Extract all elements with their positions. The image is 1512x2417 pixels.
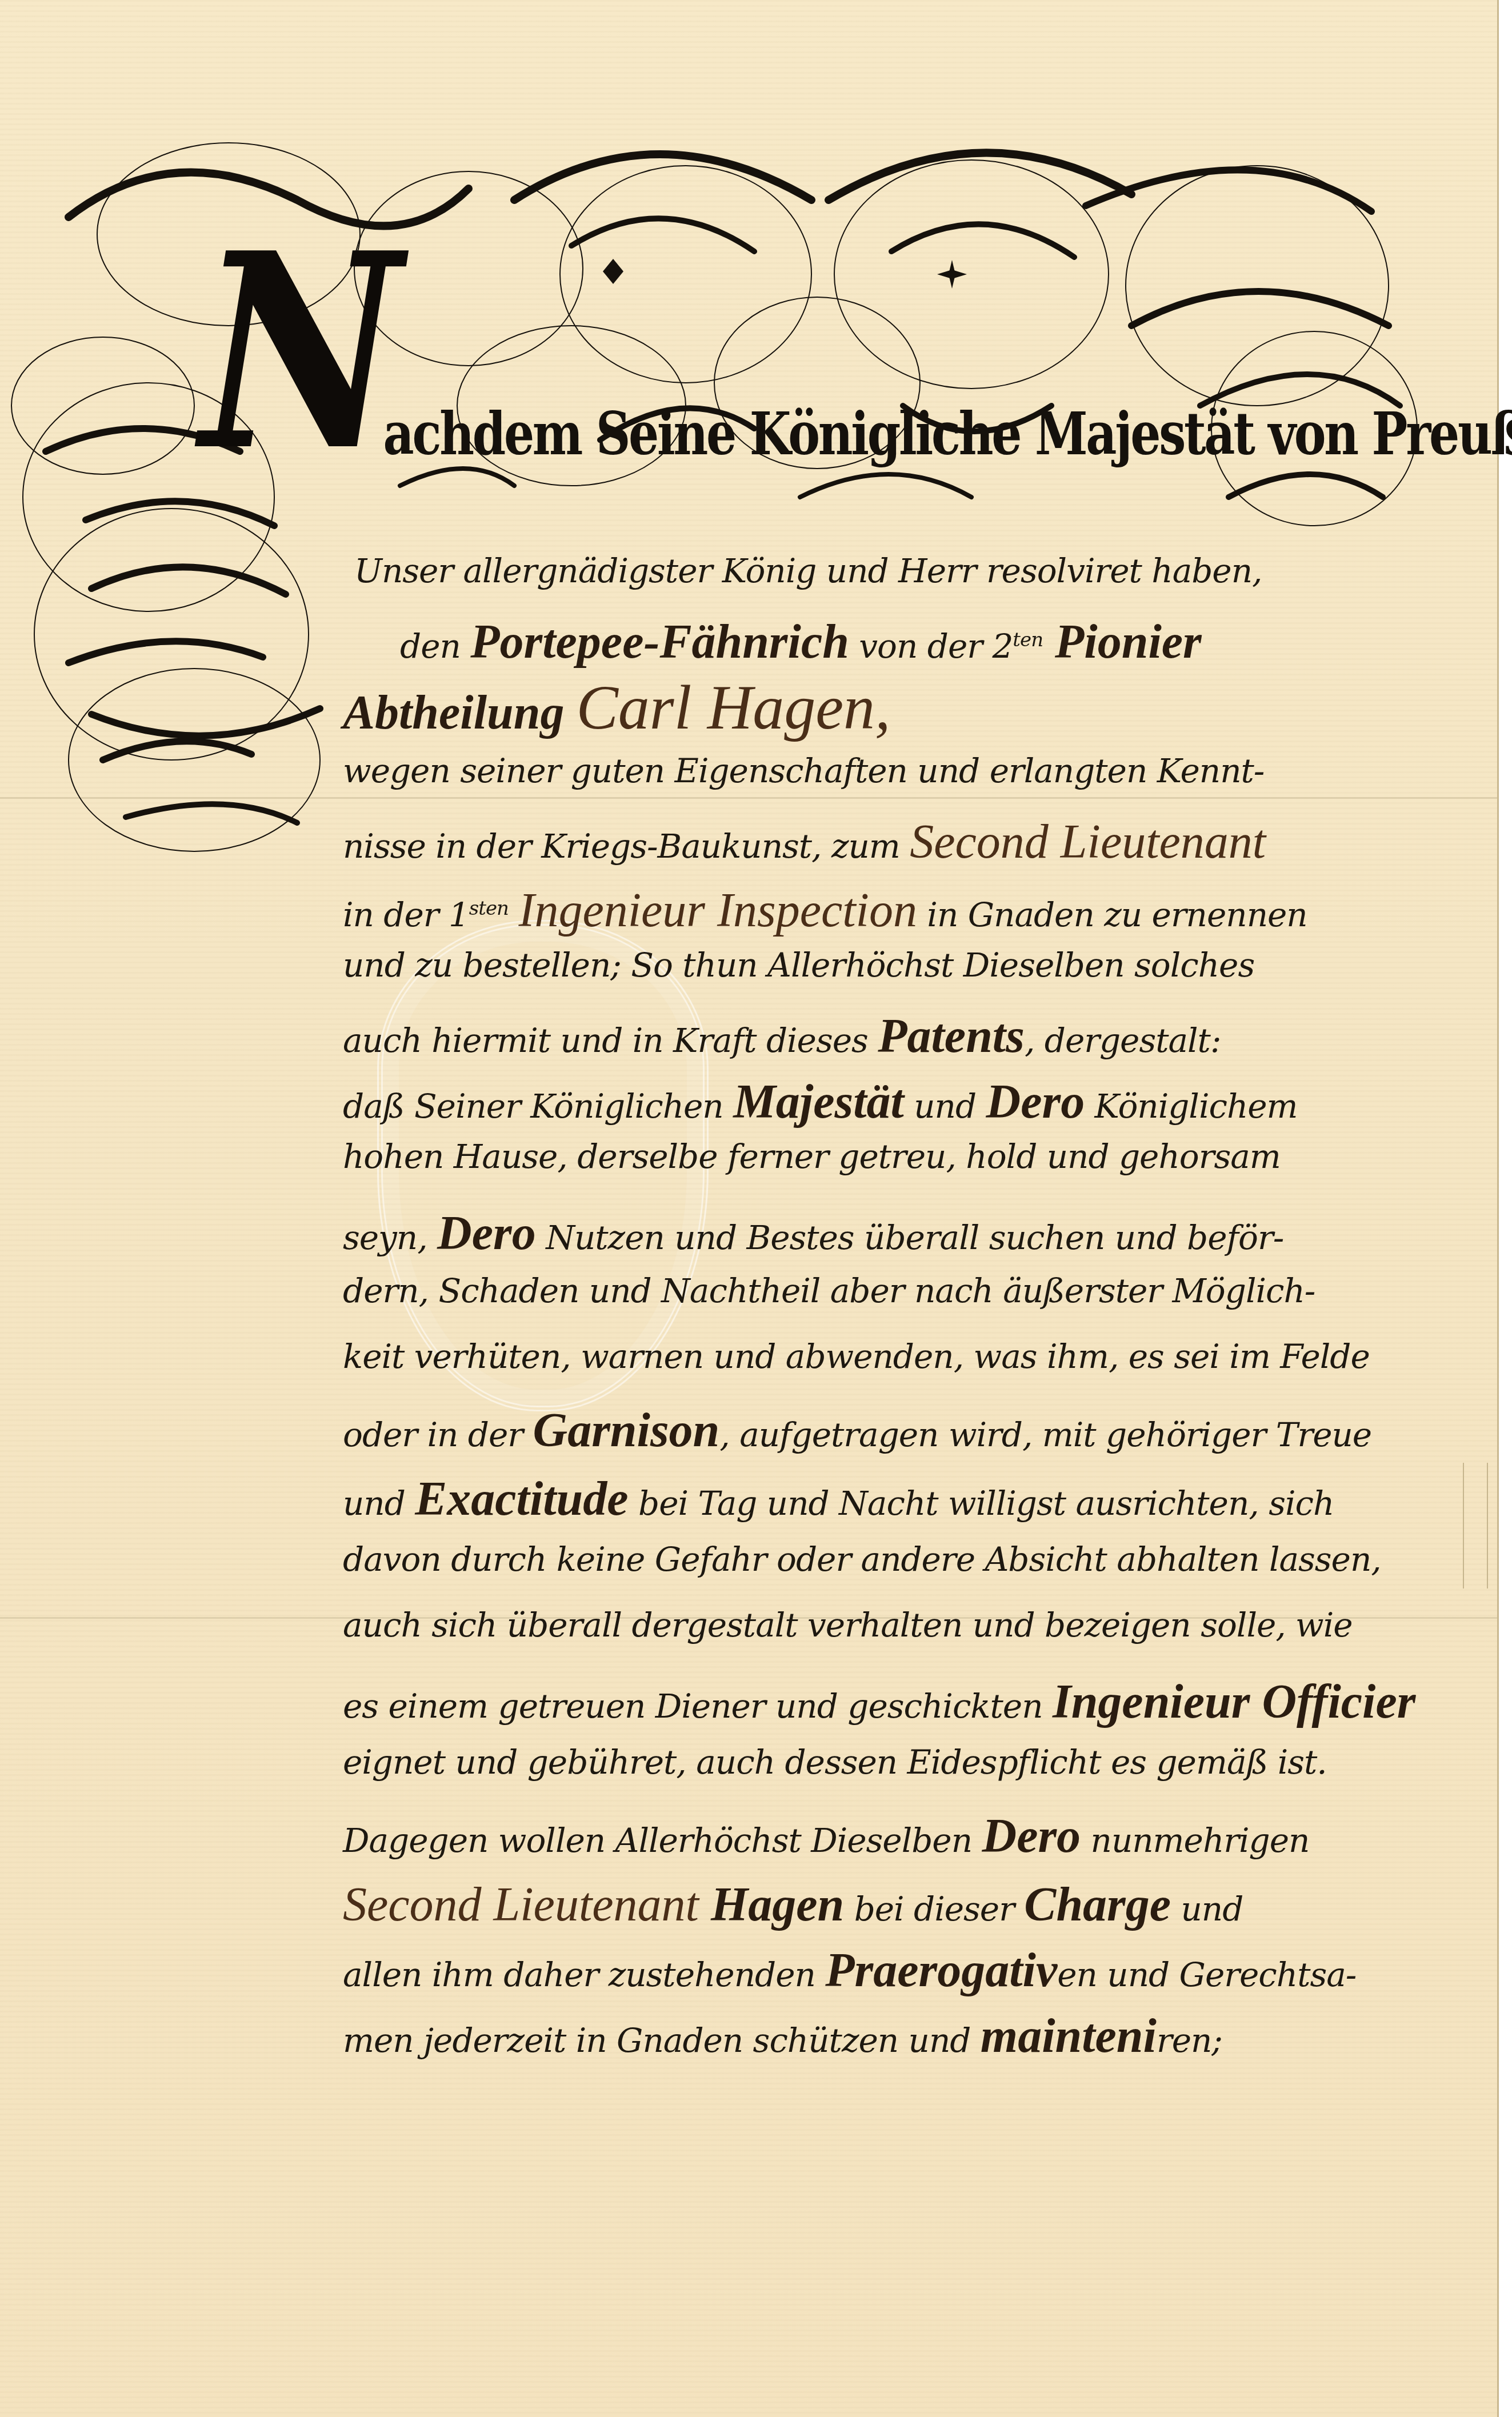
- kurrent-text: und: [904, 1087, 986, 1126]
- kurrent-text: , aufgetragen wird, mit gehöriger Treue: [719, 1415, 1371, 1454]
- document-line: Dagegen wollen Allerhöchst Dieselben Der…: [343, 1808, 1480, 1864]
- document-line: Abtheilung Carl Hagen,: [343, 671, 1480, 744]
- emphasized-latin-word: Dero: [982, 1810, 1081, 1863]
- kurrent-text: bei Tag und Nacht willigst ausrichten, s…: [629, 1484, 1334, 1523]
- kurrent-text: in Gnaden zu ernennen: [917, 895, 1307, 934]
- kurrent-text: auch sich überall dergestalt verhalten u…: [343, 1606, 1353, 1644]
- fold-crease-upper: [0, 797, 1497, 799]
- latin-word: resolvir: [986, 551, 1110, 590]
- ordinal-suffix: ten: [1013, 629, 1043, 651]
- kurrent-text: en und Gerechtsa-: [1057, 1955, 1356, 1994]
- kurrent-text: und: [343, 1484, 415, 1523]
- emphasized-latin-word: Dero: [986, 1075, 1085, 1129]
- emphasized-latin-word: Praerogativ: [825, 1944, 1057, 1997]
- document-line: wegen seiner guten Eigenschaften und erl…: [343, 751, 1480, 790]
- kurrent-text: es einem getreuen Diener und geschickten: [343, 1687, 1053, 1726]
- emphasized-latin-word: Second Lieutenant: [343, 1878, 711, 1931]
- kurrent-text: allen ihm daher zustehenden: [343, 1955, 825, 1994]
- kurrent-text: Nutzen und Bestes überall suchen und bef…: [536, 1218, 1284, 1257]
- document-line: hohen Hause, derselbe ferner getreu, hol…: [343, 1137, 1480, 1176]
- document-line: und Exactitude bei Tag und Nacht willigs…: [343, 1471, 1480, 1527]
- emphasized-latin-word: Ingenieur Inspection: [518, 884, 917, 937]
- document-line: eignet und gebühret, auch dessen Eidespf…: [343, 1743, 1480, 1782]
- document-line: nisse in der Kriegs-Baukunst, zum Second…: [343, 814, 1480, 870]
- document-line: und zu bestellen; So thun Allerhöchst Di…: [343, 946, 1480, 985]
- kurrent-text: Dagegen wollen Allerhöchst Dieselben: [343, 1821, 982, 1860]
- kurrent-text: men jederzeit in Gnaden schützen und: [343, 2021, 981, 2060]
- emphasized-latin-word: Patents: [878, 1010, 1025, 1063]
- kurrent-text: Unser allergnädigster König und Herr: [354, 551, 986, 590]
- document-heading: N achdem Seine Königliche Majestät von P…: [229, 400, 1512, 469]
- emphasized-latin-word: Second Lieutenant: [910, 815, 1266, 869]
- kurrent-text: davon durch keine Gefahr oder andere Abs…: [343, 1540, 1381, 1579]
- kurrent-text: seyn,: [343, 1218, 437, 1257]
- emphasized-latin-word: Hagen: [711, 1878, 844, 1931]
- document-line: daß Seiner Königlichen Majestät und Dero…: [343, 1074, 1480, 1130]
- document-line: es einem getreuen Diener und geschickten…: [343, 1674, 1480, 1730]
- kurrent-text: dern, Schaden und Nachtheil aber nach äu…: [343, 1271, 1315, 1310]
- kurrent-text: auch hiermit und in Kraft dieses: [343, 1021, 878, 1060]
- kurrent-text: den: [400, 627, 470, 666]
- illuminated-initial: N: [201, 194, 400, 510]
- document-line: Second Lieutenant Hagen bei dieser Charg…: [343, 1877, 1480, 1932]
- emphasized-latin-word: Dero: [437, 1207, 536, 1260]
- document-paper: N achdem Seine Königliche Majestät von P…: [0, 0, 1499, 2417]
- emphasized-latin-word: Charge: [1024, 1878, 1171, 1931]
- document-line: seyn, Dero Nutzen und Bestes überall suc…: [343, 1206, 1480, 1261]
- document-line: auch sich überall dergestalt verhalten u…: [343, 1606, 1480, 1644]
- kurrent-text: und: [1171, 1890, 1243, 1928]
- emphasized-latin-word: Portepee-Fähnrich: [470, 615, 849, 669]
- recipient-name: Carl Hagen,: [576, 673, 890, 742]
- document-line: davon durch keine Gefahr oder andere Abs…: [343, 1540, 1480, 1579]
- emphasized-latin-word: Abtheilung: [343, 686, 576, 739]
- kurrent-text: nisse in der Kriegs-Baukunst, zum: [343, 827, 910, 866]
- document-line: men jederzeit in Gnaden schützen und mai…: [343, 2008, 1480, 2064]
- document-line: keit verhüten, warnen und abwenden, was …: [343, 1337, 1480, 1376]
- kurrent-text: daß Seiner Königlichen: [343, 1087, 733, 1126]
- emphasized-latin-word: Garnison: [533, 1404, 720, 1457]
- document-line: Unser allergnädigster König und Herr res…: [354, 551, 1491, 590]
- kurrent-text: Königlichem: [1085, 1087, 1297, 1126]
- kurrent-text: et haben,: [1110, 551, 1262, 590]
- emphasized-latin-word: Ingenieur Officier: [1053, 1675, 1415, 1728]
- emphasized-latin-word: Exactitude: [415, 1472, 628, 1526]
- kurrent-text: von der 2: [849, 627, 1013, 666]
- heading-text: achdem Seine Königliche Majestät von Pre…: [383, 400, 1512, 469]
- document-line: oder in der Garnison, aufgetragen wird, …: [343, 1403, 1480, 1458]
- kurrent-text: eignet und gebühret, auch dessen Eidespf…: [343, 1743, 1327, 1782]
- kurrent-text: nunmehrigen: [1081, 1821, 1309, 1860]
- kurrent-text: [509, 895, 518, 934]
- emphasized-latin-word: Majestät: [733, 1075, 904, 1129]
- ordinal-suffix: sten: [469, 897, 509, 920]
- document-line: auch hiermit und in Kraft dieses Patents…: [343, 1009, 1480, 1064]
- document-line: den Portepee-Fähnrich von der 2ten Pioni…: [400, 614, 1512, 670]
- kurrent-text: in der 1: [343, 895, 469, 934]
- emphasized-latin-word: Pionier: [1043, 615, 1202, 669]
- kurrent-text: ren;: [1157, 2021, 1222, 2060]
- document-line: allen ihm daher zustehenden Praerogative…: [343, 1943, 1480, 1998]
- kurrent-text: hohen Hause, derselbe ferner getreu, hol…: [343, 1137, 1281, 1176]
- emphasized-latin-word: mainteni: [981, 2010, 1157, 2063]
- kurrent-text: keit verhüten, warnen und abwenden, was …: [343, 1337, 1370, 1376]
- kurrent-text: wegen seiner guten Eigenschaften und erl…: [343, 751, 1264, 790]
- kurrent-text: und zu bestellen; So thun Allerhöchst Di…: [343, 946, 1254, 985]
- kurrent-text: bei dieser: [844, 1890, 1024, 1928]
- document-line: in der 1sten Ingenieur Inspection in Gna…: [343, 883, 1480, 938]
- kurrent-text: oder in der: [343, 1415, 533, 1454]
- kurrent-text: , dergestalt:: [1025, 1021, 1221, 1060]
- document-line: dern, Schaden und Nachtheil aber nach äu…: [343, 1271, 1480, 1310]
